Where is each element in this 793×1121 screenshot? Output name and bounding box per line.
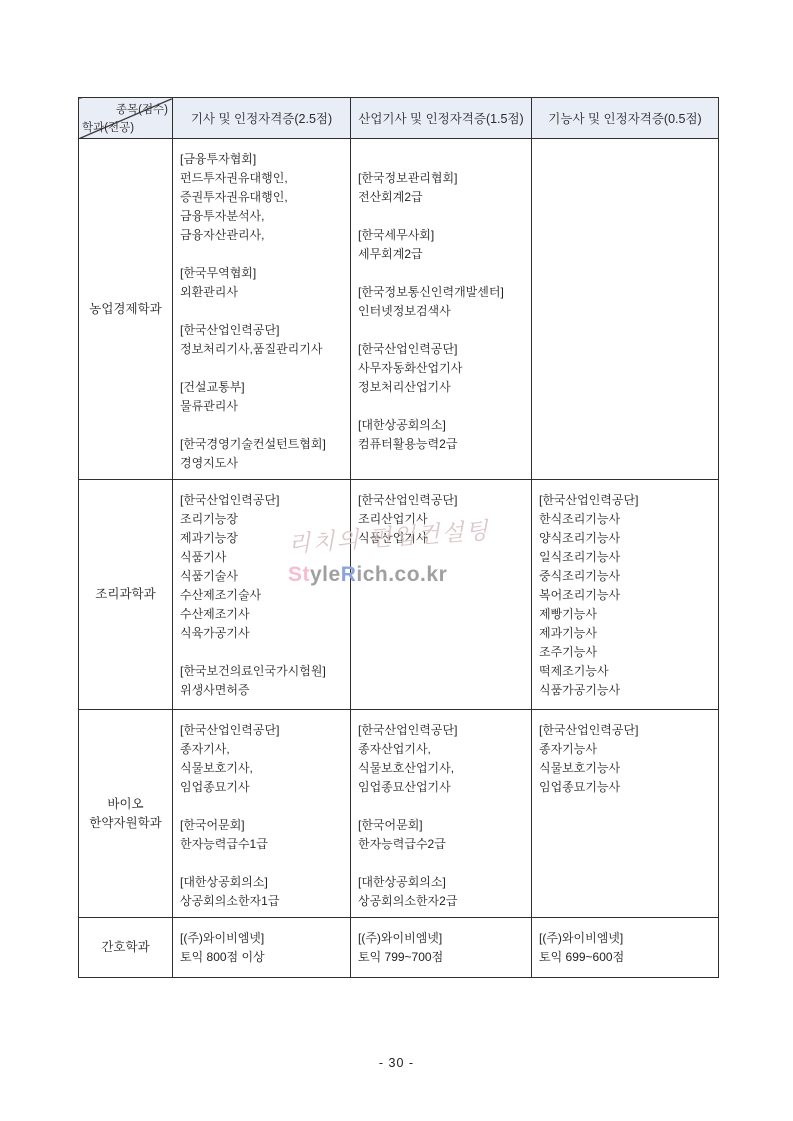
- cert-cell-gisa: [한국산업인력공단] 종자기사, 식물보호기사, 임업종묘기사 [한국어문회] …: [173, 710, 351, 918]
- cert-cell-saneopgisa: [(주)와이비엠넷] 토익 799~700점: [351, 918, 532, 978]
- department-name: 간호학과: [79, 918, 173, 978]
- table-row: 바이오 한약자원학과 [한국산업인력공단] 종자기사, 식물보호기사, 임업종묘…: [79, 710, 719, 918]
- cert-list: [한국산업인력공단] 한식조리기능사 양식조리기능사 일식조리기능사 중식조리기…: [532, 480, 718, 706]
- department-name: 바이오 한약자원학과: [79, 710, 173, 918]
- cert-list: [한국산업인력공단] 조리기능장 제과기능장 식품기사 식품기술사 수산제조기술…: [173, 480, 350, 706]
- cert-list: [한국산업인력공단] 조리산업기사 식품산업기사: [351, 480, 531, 554]
- corner-label-department: 학과(전공): [82, 119, 134, 135]
- cert-cell-saneopgisa: [한국산업인력공단] 종자산업기사, 식물보호산업기사, 임업종묘산업기사 [한…: [351, 710, 532, 918]
- cert-list: [(주)와이비엠넷] 토익 699~600점: [532, 918, 718, 973]
- cert-list: [한국산업인력공단] 종자기능사 식물보호기능사 임업종묘기능사: [532, 710, 718, 803]
- cert-cell-gineungsa: [(주)와이비엠넷] 토익 699~600점: [532, 918, 719, 978]
- cert-cell-saneopgisa: [한국산업인력공단] 조리산업기사 식품산업기사: [351, 480, 532, 710]
- cert-cell-gineungsa: [한국산업인력공단] 종자기능사 식물보호기능사 임업종묘기능사: [532, 710, 719, 918]
- cert-list: [한국산업인력공단] 종자산업기사, 식물보호산업기사, 임업종묘산업기사 [한…: [351, 710, 531, 917]
- department-name: 농업경제학과: [79, 139, 173, 480]
- department-name: 조리과학과: [79, 480, 173, 710]
- table-header-row: 종목(점수) 학과(전공) 기사 및 인정자격증(2.5점) 산업기사 및 인정…: [79, 98, 719, 139]
- cert-list: [한국정보관리협회] 전산회계2급 [한국세무사회] 세무회계2급 [한국정보통…: [351, 139, 531, 460]
- cert-cell-gineungsa: [532, 139, 719, 480]
- column-header-gineungsa: 기능사 및 인정자격증(0.5점): [532, 98, 719, 139]
- corner-header-cell: 종목(점수) 학과(전공): [79, 98, 173, 139]
- table-row: 조리과학과 [한국산업인력공단] 조리기능장 제과기능장 식품기사 식품기술사 …: [79, 480, 719, 710]
- document-page: 종목(점수) 학과(전공) 기사 및 인정자격증(2.5점) 산업기사 및 인정…: [0, 0, 793, 1121]
- cert-list: [(주)와이비엠넷] 토익 800점 이상: [173, 918, 350, 973]
- cert-list: [(주)와이비엠넷] 토익 799~700점: [351, 918, 531, 973]
- table-row: 간호학과 [(주)와이비엠넷] 토익 800점 이상 [(주)와이비엠넷] 토익…: [79, 918, 719, 978]
- cert-cell-gisa: [(주)와이비엠넷] 토익 800점 이상: [173, 918, 351, 978]
- column-header-saneopgisa: 산업기사 및 인정자격증(1.5점): [351, 98, 532, 139]
- cert-list: [금융투자협회] 펀드투자권유대행인, 증권투자권유대행인, 금융투자분석사, …: [173, 139, 350, 479]
- column-header-gisa: 기사 및 인정자격증(2.5점): [173, 98, 351, 139]
- corner-label-category: 종목(점수): [116, 101, 168, 117]
- certification-score-table: 종목(점수) 학과(전공) 기사 및 인정자격증(2.5점) 산업기사 및 인정…: [78, 97, 719, 978]
- cert-cell-gisa: [금융투자협회] 펀드투자권유대행인, 증권투자권유대행인, 금융투자분석사, …: [173, 139, 351, 480]
- table-row: 농업경제학과 [금융투자협회] 펀드투자권유대행인, 증권투자권유대행인, 금융…: [79, 139, 719, 480]
- cert-cell-gineungsa: [한국산업인력공단] 한식조리기능사 양식조리기능사 일식조리기능사 중식조리기…: [532, 480, 719, 710]
- cert-list: [532, 139, 718, 156]
- cert-cell-gisa: [한국산업인력공단] 조리기능장 제과기능장 식품기사 식품기술사 수산제조기술…: [173, 480, 351, 710]
- page-number: - 30 -: [0, 1056, 793, 1070]
- cert-list: [한국산업인력공단] 종자기사, 식물보호기사, 임업종묘기사 [한국어문회] …: [173, 710, 350, 917]
- cert-cell-saneopgisa: [한국정보관리협회] 전산회계2급 [한국세무사회] 세무회계2급 [한국정보통…: [351, 139, 532, 480]
